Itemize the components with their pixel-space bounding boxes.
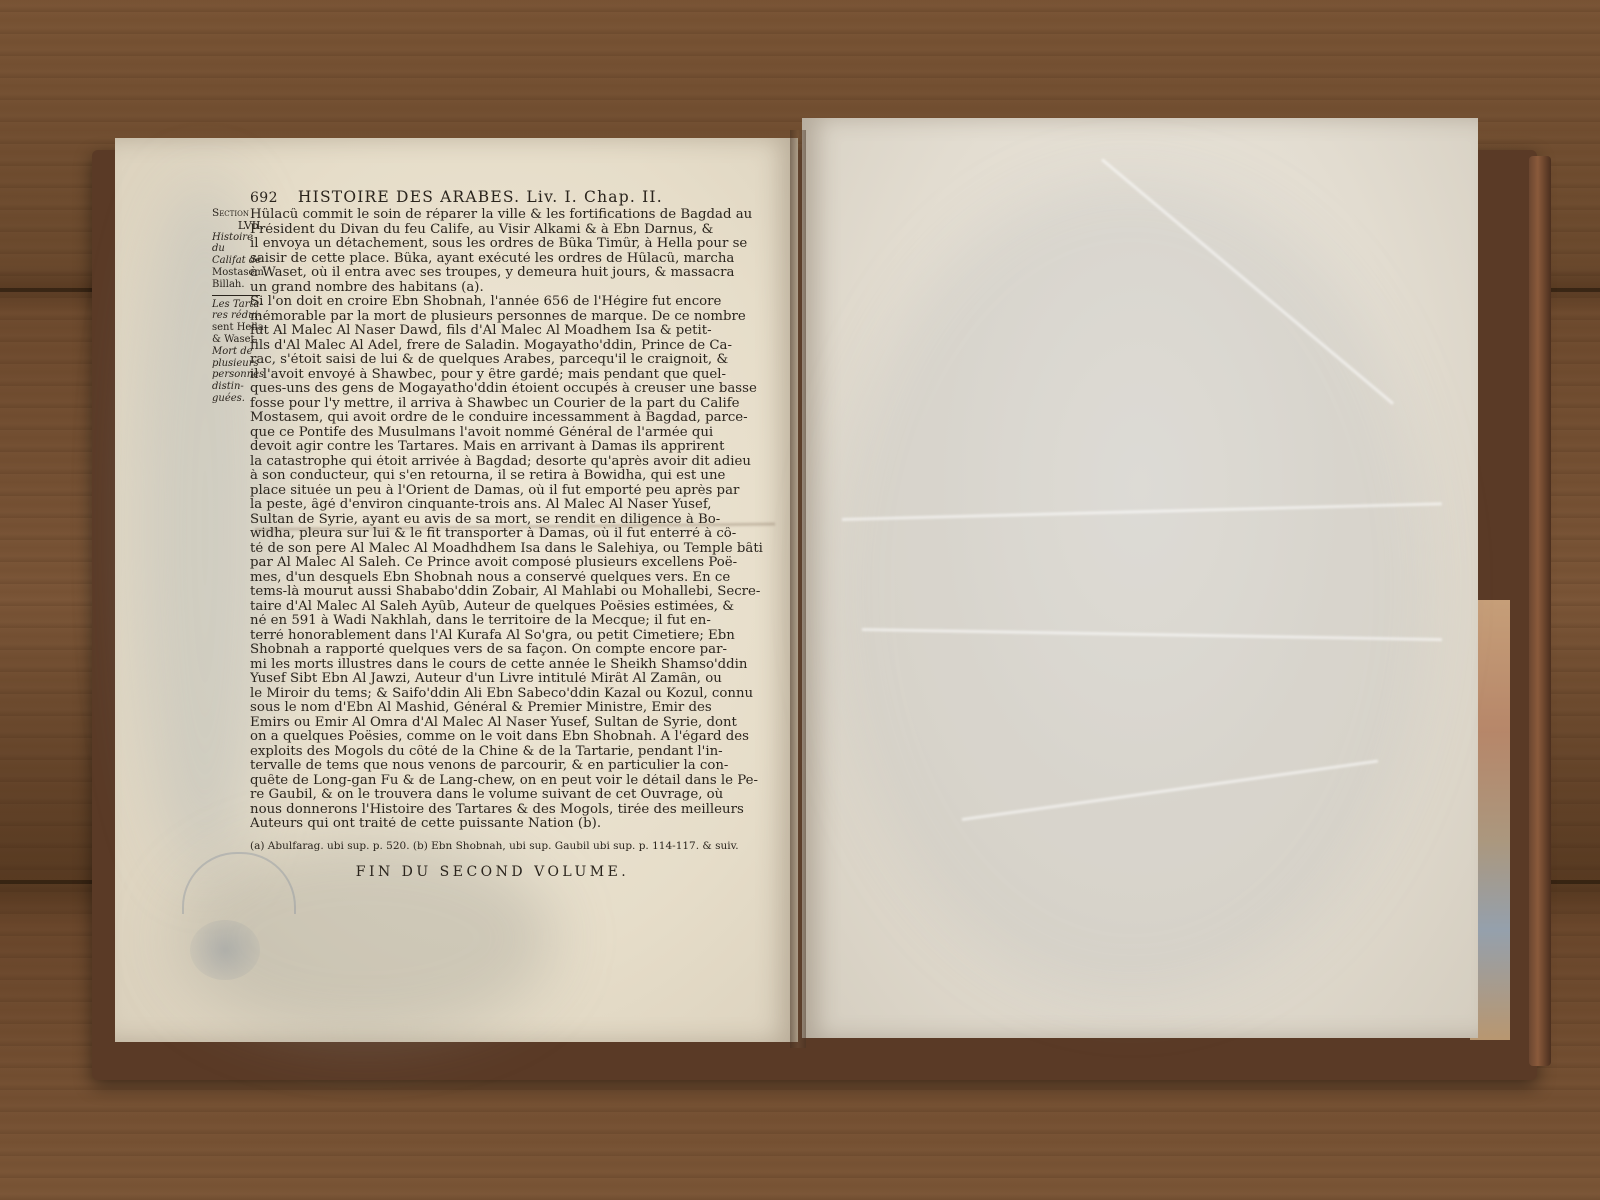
running-head: 692 HISTOIRE DES ARABES. Liv. I. Chap. I… xyxy=(250,188,765,206)
left-page-text: 692 HISTOIRE DES ARABES. Liv. I. Chap. I… xyxy=(250,188,765,880)
footnotes: (a) Abulfarag. ubi sup. p. 520. (b) Ebn … xyxy=(250,840,765,852)
text-line: la catastrophe qui étoit arrivée à Bagda… xyxy=(250,455,765,470)
text-line: il l'avoit envoyé à Shawbec, pour y être… xyxy=(250,368,765,383)
text-line: fut Al Malec Al Naser Dawd, fils d'Al Ma… xyxy=(250,324,765,339)
text-line: devoit agir contre les Tartares. Mais en… xyxy=(250,440,765,455)
text-line: fils d'Al Malec Al Adel, frere de Saladi… xyxy=(250,339,765,354)
text-line: place située un peu à l'Orient de Damas,… xyxy=(250,484,765,499)
text-line: Si l'on doit en croire Ebn Shobnah, l'an… xyxy=(250,295,765,310)
text-line: mi les morts illustres dans le cours de … xyxy=(250,658,765,673)
text-line: tervalle de tems que nous venons de parc… xyxy=(250,759,765,774)
text-line: il envoya un détachement, sous les ordre… xyxy=(250,237,765,252)
text-line: que ce Pontife des Musulmans l'avoit nom… xyxy=(250,426,765,441)
text-line: sous le nom d'Ebn Al Mashid, Général & P… xyxy=(250,701,765,716)
text-line: saisir de cette place. Bûka, ayant exécu… xyxy=(250,252,765,267)
text-line: ques-uns des gens de Mogayatho'ddin étoi… xyxy=(250,382,765,397)
text-line: mes, d'un desquels Ebn Shobnah nous a co… xyxy=(250,571,765,586)
text-line: à son conducteur, qui s'en retourna, il … xyxy=(250,469,765,484)
text-line: fosse pour l'y mettre, il arriva à Shawb… xyxy=(250,397,765,412)
text-line: rac, s'étoit saisi de lui & de quelques … xyxy=(250,353,765,368)
book-gutter xyxy=(790,130,806,1048)
text-line: té de son pere Al Malec Al Moadhdhem Isa… xyxy=(250,542,765,557)
text-line: né en 591 à Wadi Nakhlah, dans le territ… xyxy=(250,614,765,629)
running-title: HISTOIRE DES ARABES. Liv. I. Chap. II. xyxy=(298,188,663,206)
text-line: Auteurs qui ont traité de cette puissant… xyxy=(250,817,765,832)
book-spine-edge xyxy=(1529,156,1551,1066)
text-line: Emirs ou Emir Al Omra d'Al Malec Al Nase… xyxy=(250,716,765,731)
text-line: le Miroir du tems; & Saifo'ddin Ali Ebn … xyxy=(250,687,765,702)
text-line: Président du Divan du feu Calife, au Vis… xyxy=(250,223,765,238)
text-line: la peste, âgé d'environ cinquante-trois … xyxy=(250,498,765,513)
text-line: widha, pleura sur lui & le fit transport… xyxy=(250,527,765,542)
right-page-blank-endpaper xyxy=(802,118,1478,1038)
text-line: Mostasem, qui avoit ordre de le conduire… xyxy=(250,411,765,426)
text-line: taire d'Al Malec Al Saleh Ayûb, Auteur d… xyxy=(250,600,765,615)
text-line: Hûlacû commit le soin de réparer la vill… xyxy=(250,208,765,223)
text-line: Sultan de Syrie, ayant eu avis de sa mor… xyxy=(250,513,765,528)
library-stamp-faded xyxy=(190,920,260,980)
text-line: re Gaubil, & on le trouvera dans le volu… xyxy=(250,788,765,803)
page-number: 692 xyxy=(250,190,278,206)
closing-line: FIN DU SECOND VOLUME. xyxy=(250,864,765,880)
body-text: Hûlacû commit le soin de réparer la vill… xyxy=(250,208,765,832)
text-line: par Al Malec Al Saleh. Ce Prince avoit c… xyxy=(250,556,765,571)
text-line: terré honorablement dans l'Al Kurafa Al … xyxy=(250,629,765,644)
text-line: on a quelques Poësies, comme on le voit … xyxy=(250,730,765,745)
text-line: à Waset, où il entra avec ses troupes, y… xyxy=(250,266,765,281)
text-line: Shobnah a rapporté quelques vers de sa f… xyxy=(250,643,765,658)
text-line: exploits des Mogols du côté de la Chine … xyxy=(250,745,765,760)
text-line: nous donnerons l'Histoire des Tartares &… xyxy=(250,803,765,818)
page-stain xyxy=(832,178,1432,998)
text-line: tems-là mourut aussi Shababo'ddin Zobair… xyxy=(250,585,765,600)
text-line: mémorable par la mort de plusieurs perso… xyxy=(250,310,765,325)
text-line: Yusef Sibt Ebn Al Jawzi, Auteur d'un Liv… xyxy=(250,672,765,687)
text-line: quête de Long-gan Fu & de Lang-chew, on … xyxy=(250,774,765,789)
text-line: un grand nombre des habitans (a). xyxy=(250,281,765,296)
